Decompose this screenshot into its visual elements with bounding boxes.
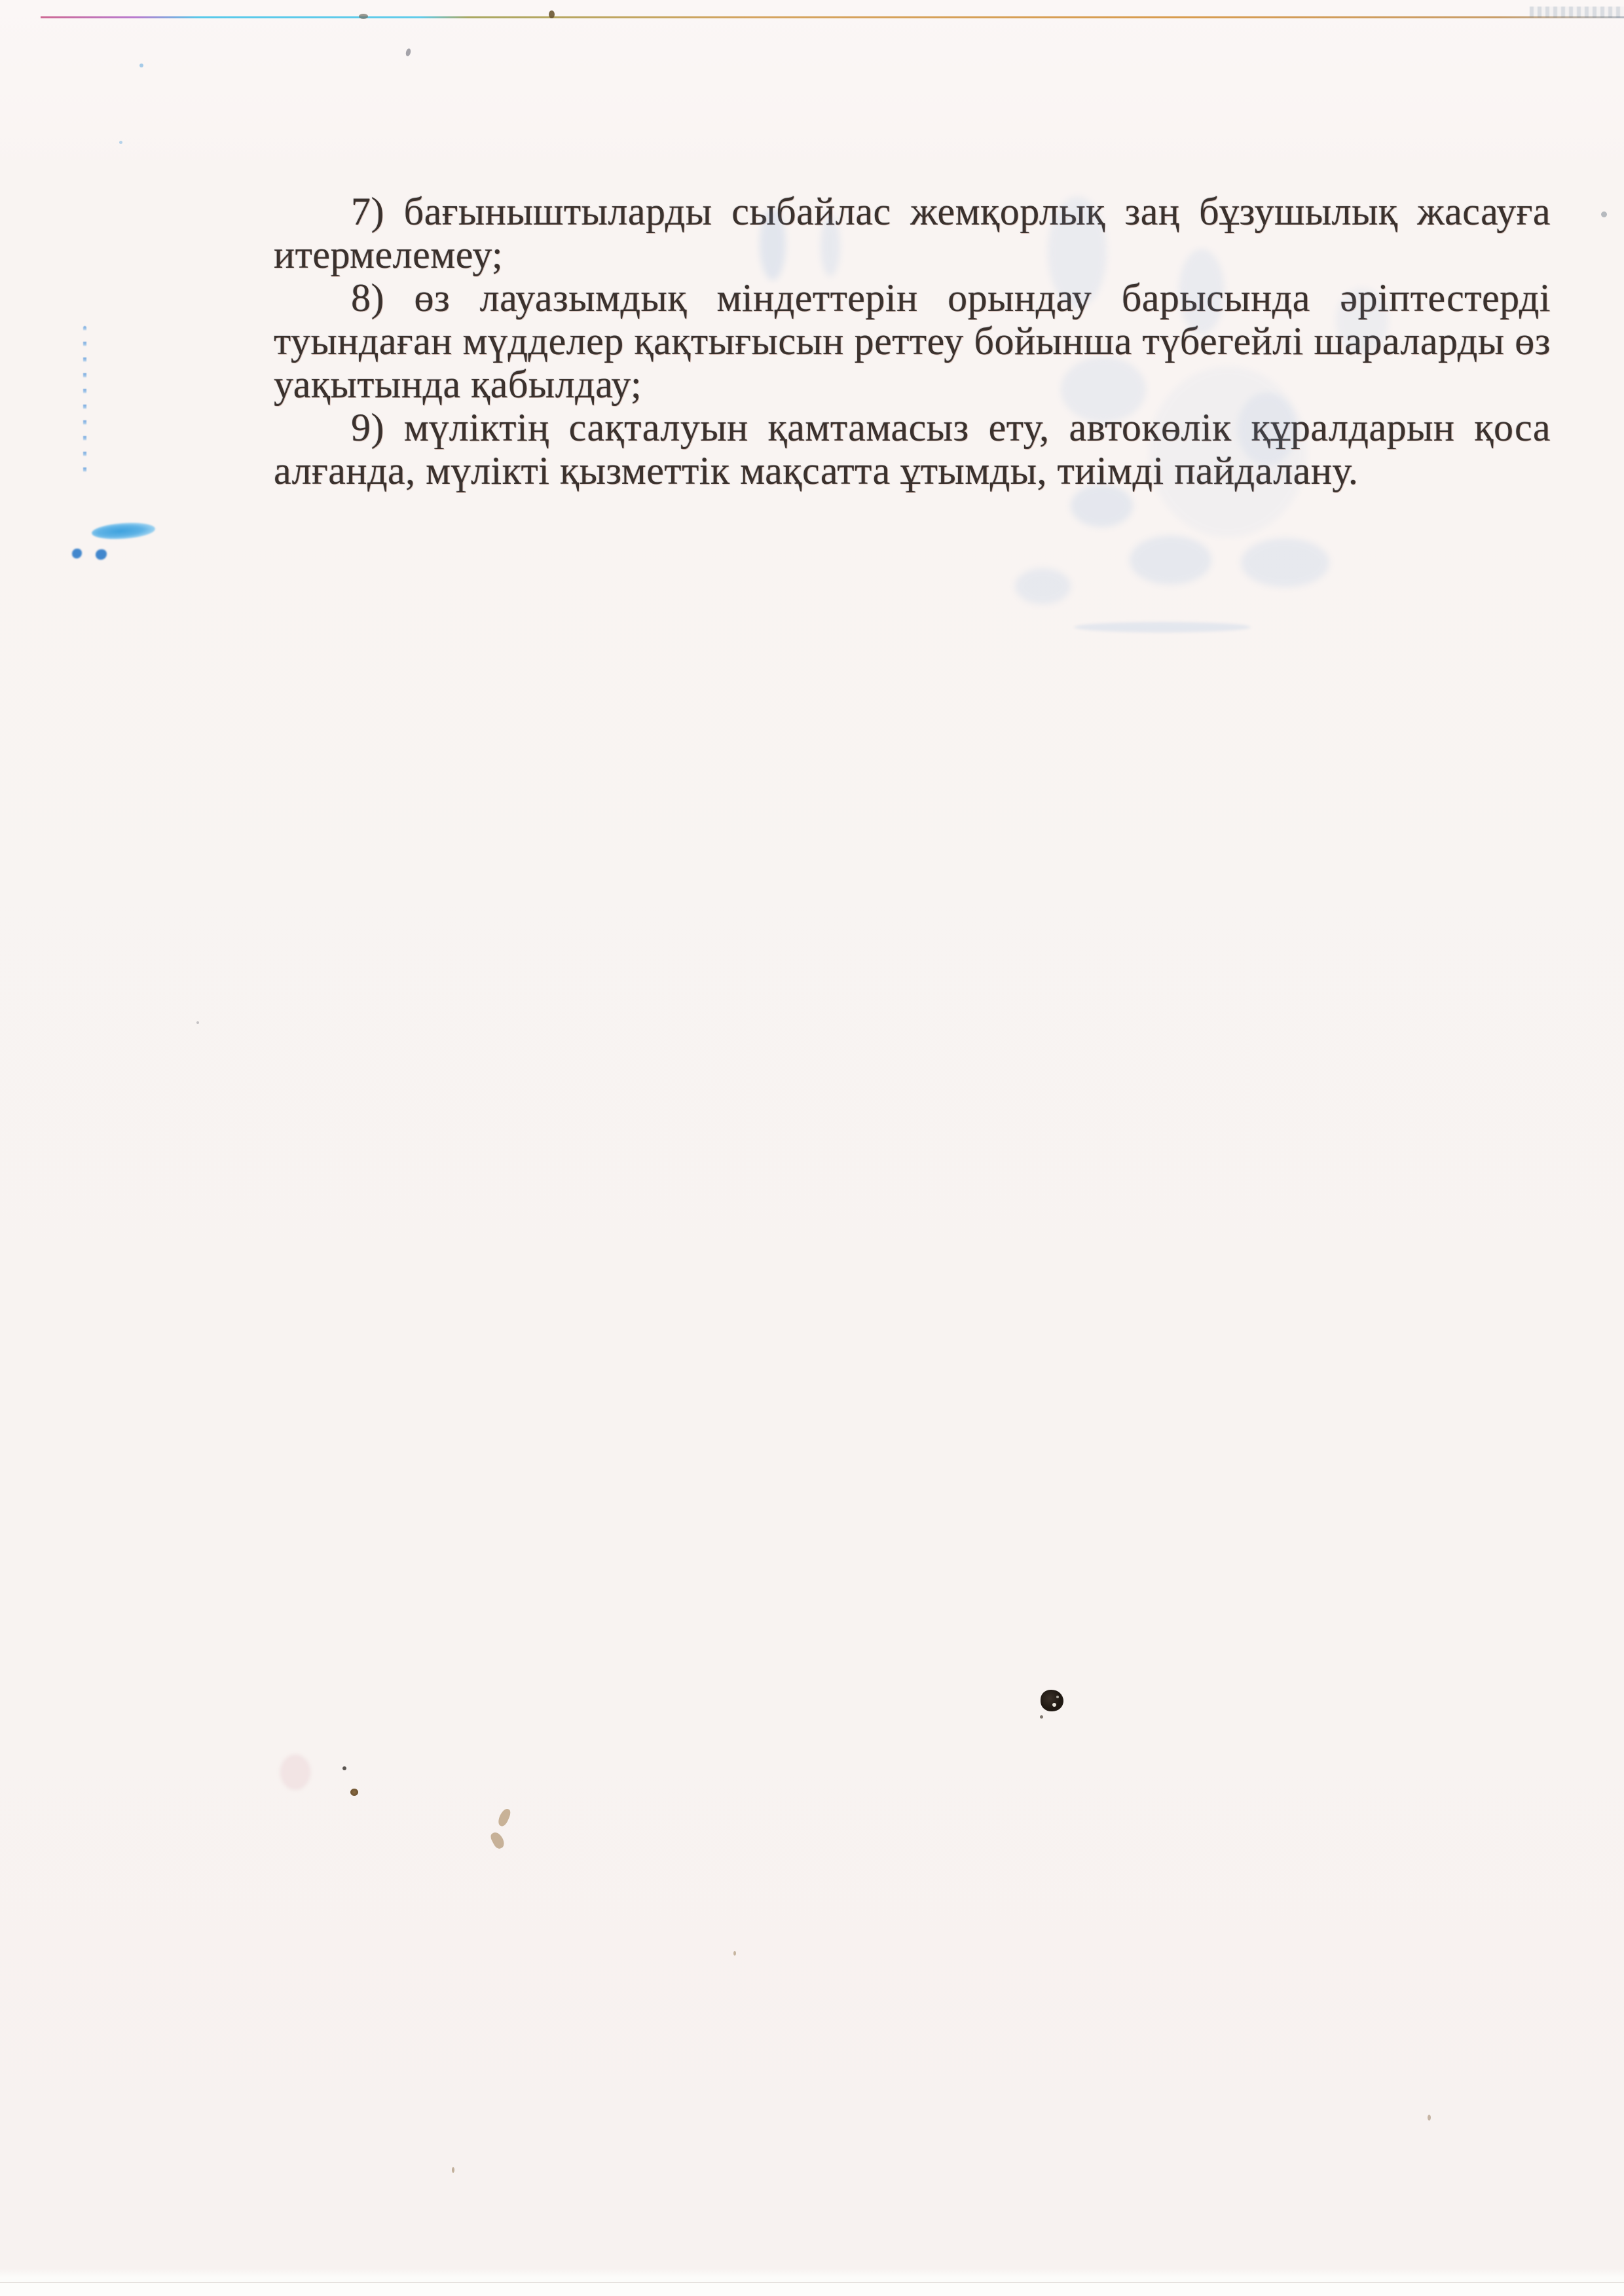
bleedthrough-blot: [1048, 196, 1107, 308]
bleedthrough-blot: [1061, 357, 1146, 422]
bleedthrough-blot: [1179, 249, 1225, 334]
scanned-document-page: { "document": { "language": "Kazakh", "p…: [0, 0, 1624, 2296]
scanner-top-right-patch: [1530, 7, 1624, 18]
scanner-bottom-strip: [0, 2283, 1624, 2296]
speck: [359, 14, 368, 19]
ink-blot-glint: [1052, 1703, 1056, 1707]
speck: [139, 64, 143, 67]
scanner-top-edge-line: [41, 16, 1624, 18]
ink-blot: [1041, 1690, 1063, 1711]
bleedthrough-blot: [821, 216, 840, 276]
bleedthrough-blot: [1241, 538, 1329, 587]
bleedthrough-blot: [1336, 288, 1388, 354]
brown-dot: [350, 1789, 358, 1796]
page-background: 7) бағыныштыларды сыбайлас жемқорлық заң…: [0, 0, 1624, 2296]
bleedthrough-blot: [1015, 568, 1071, 604]
bleedthrough-blot: [1071, 484, 1133, 527]
list-item-7: 7) бағыныштыларды сыбайлас жемқорлық заң…: [274, 190, 1551, 276]
bleedthrough-blot: [1130, 536, 1211, 585]
brown-curl: [489, 1831, 506, 1850]
speck: [1428, 2115, 1431, 2121]
brown-curl: [496, 1807, 511, 1827]
blue-dashed-line-stain: [83, 326, 86, 477]
speck: [733, 1951, 736, 1956]
list-item-9: 9) мүліктің сақталуын қамтамасыз ету, ав…: [274, 406, 1551, 492]
speck: [342, 1766, 346, 1770]
speck: [119, 141, 122, 144]
bleedthrough-blot: [760, 208, 786, 280]
speck: [196, 1021, 199, 1024]
blue-dot-stain: [96, 549, 107, 560]
bleedthrough-haze: [1149, 367, 1306, 537]
speck: [405, 48, 412, 56]
speck: [1601, 211, 1607, 217]
speck: [1040, 1715, 1043, 1719]
blue-streak-stain: [91, 521, 155, 541]
pink-smudge: [280, 1755, 310, 1790]
bleedthrough-line: [1074, 622, 1251, 632]
ink-blot-glint: [1056, 1696, 1059, 1698]
speck: [452, 2167, 454, 2173]
speck: [549, 10, 555, 18]
blue-dot-stain: [72, 549, 82, 558]
